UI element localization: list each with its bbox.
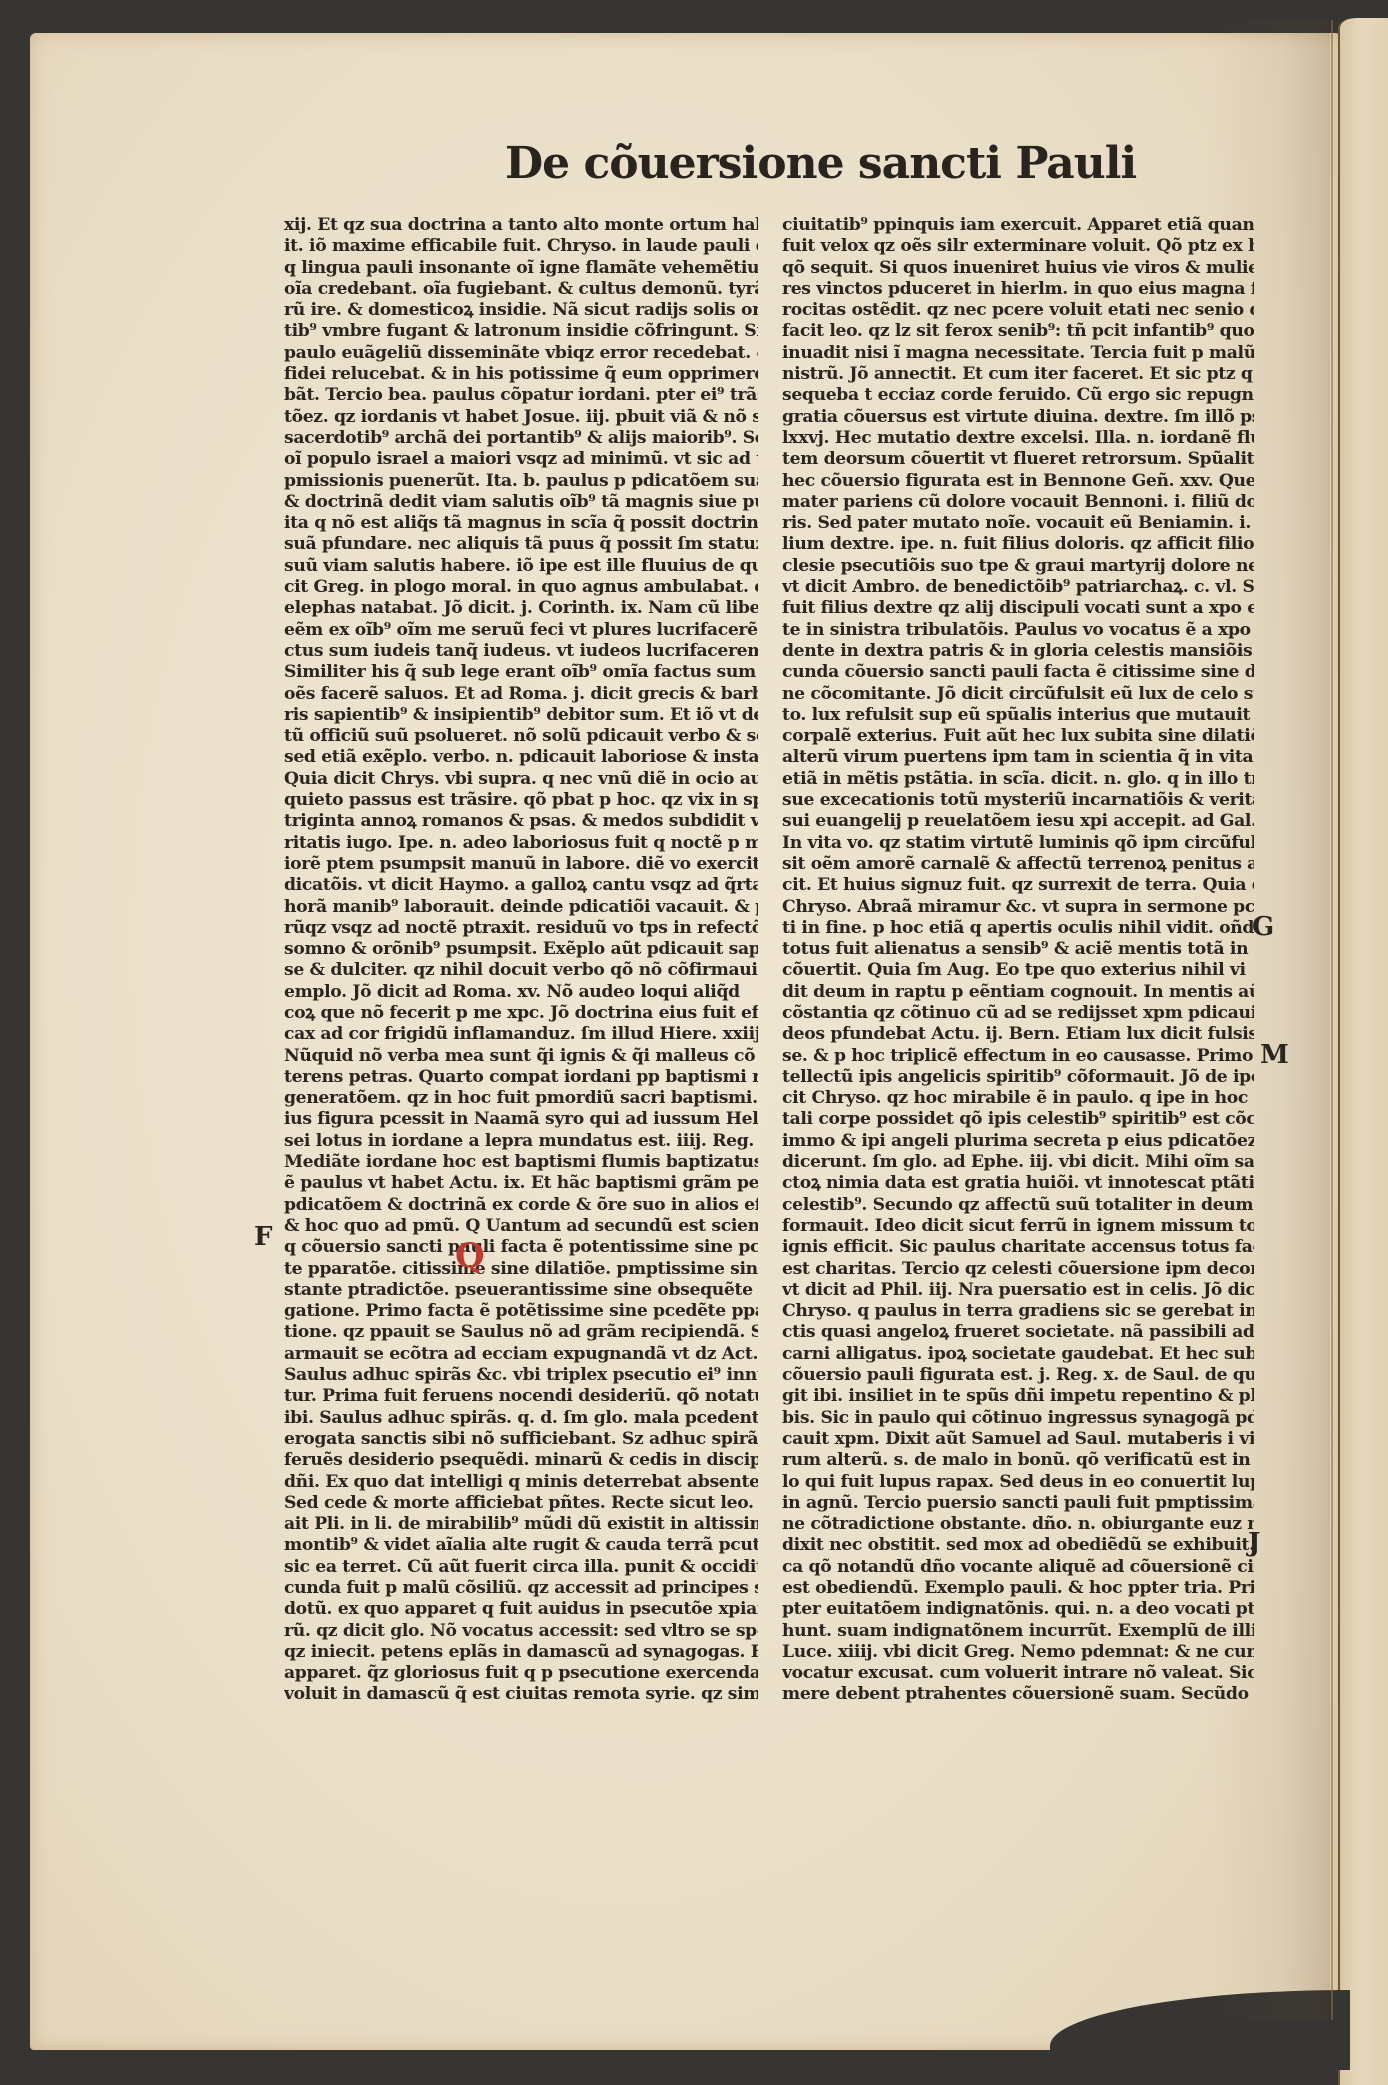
text-line: suã pfundare. nec aliquis tã puus q̃ pos… xyxy=(284,534,758,555)
text-line: In vita vo. qz statim virtutẽ luminis qõ… xyxy=(782,833,1254,854)
gutter-line xyxy=(1331,20,1333,2020)
text-line: pter euitatõem indignatõnis. qui. n. a d… xyxy=(782,1599,1254,1620)
text-line: ne cõtradictione obstante. dño. n. obiur… xyxy=(782,1514,1254,1535)
text-line: Quia dicit Chrys. vbi supra. q nec vnũ d… xyxy=(284,769,758,790)
text-line: tũ officiũ suũ psolueret. nõ solũ pdicau… xyxy=(284,726,758,747)
text-line: dicatõis. vt dicit Haymo. a galloꝝ cantu… xyxy=(284,875,758,896)
text-line: dixit nec obstitit. sed mox ad obediẽdũ … xyxy=(782,1535,1254,1556)
text-line: dotũ. ex quo apparet q fuit auidus in ps… xyxy=(284,1599,758,1620)
right-text-column: ciuitatib⁹ ppinquis iam exercuit. Appare… xyxy=(782,215,1254,1706)
text-line: ait Pli. in li. de mirabilib⁹ mũdi dũ ex… xyxy=(284,1514,758,1535)
text-line: ibi. Saulus adhuc spirãs. q. d. ſm glo. … xyxy=(284,1408,758,1429)
text-line: dñi. Ex quo dat intelligi q minis deterr… xyxy=(284,1472,758,1493)
text-line: sacerdotib⁹ archã dei portantib⁹ & alijs… xyxy=(284,428,758,449)
text-line: rũqz vsqz ad noctẽ ptraxit. residuũ vo t… xyxy=(284,918,758,939)
text-line: sic ea terret. Cũ aũt fuerit circa illa.… xyxy=(284,1557,758,1578)
text-line: lium dextre. ipe. n. fuit filius doloris… xyxy=(782,534,1254,555)
text-line: est obediendũ. Exemplo pauli. & hoc ppte… xyxy=(782,1578,1254,1599)
text-line: quieto passus est trãsire. qõ pbat p hoc… xyxy=(284,790,758,811)
text-line: se & dulciter. qz nihil docuit verbo qõ … xyxy=(284,960,758,981)
text-line: lo qui fuit lupus rapax. Sed deus in eo … xyxy=(782,1472,1254,1493)
text-line: hec cõuersio figurata est in Bennone Geñ… xyxy=(782,471,1254,492)
text-line: coꝝ que nõ fecerit p me xpc. Jõ doctrina… xyxy=(284,1003,758,1024)
text-line: qz iniecit. petens eplãs in damascũ ad s… xyxy=(284,1642,758,1663)
text-line: se. & p hoc triplicẽ effectum in eo caus… xyxy=(782,1046,1254,1067)
text-line: dente in dextra patris & in gloria celes… xyxy=(782,641,1254,662)
text-line: cit. Et huius signuz fuit. qz surrexit d… xyxy=(782,875,1254,896)
text-line: suũ viam salutis habere. iõ ipe est ille… xyxy=(284,556,758,577)
text-line: carni alligatus. ipoꝝ societate gaudebat… xyxy=(782,1344,1254,1365)
text-line: alterũ virum puertens ipm tam in scienti… xyxy=(782,747,1254,768)
text-line: cõstantia qz cõtinuo cũ ad se redijsset … xyxy=(782,1003,1254,1024)
text-line: te pparatõe. citissime sine dilatiõe. pm… xyxy=(284,1259,758,1280)
text-line: bãt. Tercio bea. paulus cõpatur iordani.… xyxy=(284,385,758,406)
text-line: ctis quasi angeloꝝ frueret societate. nã… xyxy=(782,1322,1254,1343)
text-line: armauit se ecõtra ad ecciam expugnandã v… xyxy=(284,1344,758,1365)
text-line: ca qõ notandũ dño vocante aliquẽ ad cõue… xyxy=(782,1557,1254,1578)
text-line: voluit in damascũ q̃ est ciuitas remota … xyxy=(284,1684,758,1705)
text-line: ius figura pcessit in Naamã syro qui ad … xyxy=(284,1109,758,1130)
text-line: ne cõcomitante. Jõ dicit circũfulsit eũ … xyxy=(782,684,1254,705)
text-line: Luce. xiiij. vbi dicit Greg. Nemo pdemna… xyxy=(782,1642,1254,1663)
text-line: elephas natabat. Jõ dicit. j. Corinth. i… xyxy=(284,598,758,619)
text-line: ti in fine. p hoc etiã q apertis oculis … xyxy=(782,918,1254,939)
text-line: dicerunt. ſm glo. ad Ephe. iij. vbi dici… xyxy=(782,1152,1254,1173)
text-line: ita q nõ est aliq̃s tã magnus in scĩa q̃… xyxy=(284,513,758,534)
text-line: sit oẽm amorẽ carnalẽ & affectũ terrenoꝝ… xyxy=(782,854,1254,875)
text-line: qõ sequit. Si quos inueniret huius vie v… xyxy=(782,258,1254,279)
text-line: facit leo. qz lz sit ferox senib⁹: tñ pc… xyxy=(782,321,1254,342)
text-line: oĩa credebant. oĩa fugiebant. & cultus d… xyxy=(284,279,758,300)
text-line: cauit xpm. Dixit aũt Samuel ad Saul. mut… xyxy=(782,1429,1254,1450)
text-line: erogata sanctis sibi nõ sufficiebant. Sz… xyxy=(284,1429,758,1450)
text-line: rocitas ostẽdit. qz nec pcere voluit eta… xyxy=(782,300,1254,321)
text-line: oĩ populo israel a maiori vsqz ad minimũ… xyxy=(284,449,758,470)
text-line: etiã in mẽtis pstãtia. in scĩa. dicit. n… xyxy=(782,769,1254,790)
text-line: te in sinistra tribulatõis. Paulus vo vo… xyxy=(782,620,1254,641)
text-line: pmissionis puenerũt. Ita. b. paulus p pd… xyxy=(284,471,758,492)
text-line: tione. qz ppauit se Saulus nõ ad grãm re… xyxy=(284,1322,758,1343)
text-line: gratia cõuersus est virtute diuina. dext… xyxy=(782,407,1254,428)
text-line: deos pfundebat Actu. ij. Bern. Etiam lux… xyxy=(782,1024,1254,1045)
text-line: cunda fuit p malũ cõsiliũ. qz accessit a… xyxy=(284,1578,758,1599)
text-line: celestib⁹. Secundo qz affectũ suũ totali… xyxy=(782,1195,1254,1216)
text-line: feruẽs desiderio psequẽdi. minarũ & cedi… xyxy=(284,1450,758,1471)
text-line: paulo euãgeliũ disseminãte vbiqz error r… xyxy=(284,343,758,364)
text-line: sue excecationis totũ mysteriũ incarnati… xyxy=(782,790,1254,811)
text-line: ctus sum iudeis tanq̃ iudeus. vt iudeos … xyxy=(284,641,758,662)
text-line: horã manib⁹ laborauit. deinde pdicatiõi … xyxy=(284,897,758,918)
text-line: sed etiã exẽplo. verbo. n. pdicauit labo… xyxy=(284,747,758,768)
text-line: Chryso. q paulus in terra gradiens sic s… xyxy=(782,1301,1254,1322)
text-line: corpalẽ exterius. Fuit aũt hec lux subit… xyxy=(782,726,1254,747)
text-line: fidei relucebat. & in his potissime q̃ e… xyxy=(284,364,758,385)
text-line: cit Greg. in plogo moral. in quo agnus a… xyxy=(284,577,758,598)
text-line: Saulus adhuc spirãs &c. vbi triplex psec… xyxy=(284,1365,758,1386)
text-line: ẽ paulus vt habet Actu. ix. Et hãc bapti… xyxy=(284,1173,758,1194)
decorated-initial: Q xyxy=(455,1236,491,1272)
text-line: sequeba t ecciaz corde feruido. Cũ ergo … xyxy=(782,385,1254,406)
text-line: rũ ire. & domesticoꝝ insidie. Nã sicut r… xyxy=(284,300,758,321)
text-line: cit Chryso. qz hoc mirabile ẽ in paulo. … xyxy=(782,1088,1254,1109)
facing-page-edge xyxy=(1338,18,1388,2085)
text-line: generatõem. qz in hoc fuit pmordiũ sacri… xyxy=(284,1088,758,1109)
text-line: formauit. Ideo dicit sicut ferrũ in igne… xyxy=(782,1216,1254,1237)
text-line: git ibi. insiliet in te spũs dñi impetu … xyxy=(782,1386,1254,1407)
text-line: dit deum in raptu p eẽntiam cognouit. In… xyxy=(782,982,1254,1003)
text-line: eẽm ex oĩb⁹ oĩm me seruũ feci vt plures … xyxy=(284,620,758,641)
text-line: ctoꝝ nimia data est gratia huiõi. vt inn… xyxy=(782,1173,1254,1194)
text-line: ignis efficit. Sic paulus charitate acce… xyxy=(782,1237,1254,1258)
text-line: tali corpe possidet qõ ipis celestib⁹ sp… xyxy=(782,1109,1254,1130)
right-margin-letter-m: M xyxy=(1260,1040,1289,1070)
text-line: tõez. qz iordanis vt habet Josue. iij. p… xyxy=(284,407,758,428)
text-line: nistrũ. Jõ annectit. Et cum iter faceret… xyxy=(782,364,1254,385)
text-line: Nũquid nõ verba mea sunt q̃i ignis & q̃i… xyxy=(284,1046,758,1067)
right-margin-letter-j: J xyxy=(1248,1528,1260,1558)
text-line: immo & ipi angeli plurima secreta p eius… xyxy=(782,1131,1254,1152)
text-line: fuit velox qz oẽs silr exterminare volui… xyxy=(782,236,1254,257)
text-line: totus fuit alienatus a sensib⁹ & aciẽ me… xyxy=(782,939,1254,960)
text-line: vocatur excusat. cum voluerit intrare nõ… xyxy=(782,1663,1254,1684)
running-title: De cõuersione sancti Pauli xyxy=(505,138,1035,198)
text-line: tib⁹ vmbre fugant & latronum insidie cõf… xyxy=(284,321,758,342)
text-line: Similiter his q̃ sub lege erant oĩb⁹ omĩ… xyxy=(284,662,758,683)
text-line: pdicatõem & doctrinã ex corde & õre suo … xyxy=(284,1195,758,1216)
text-line: Mediãte iordane hoc est baptismi flumis … xyxy=(284,1152,758,1173)
text-line: emplo. Jõ dicit ad Roma. xv. Nõ audeo lo… xyxy=(284,982,758,1003)
left-text-column: xij. Et qz sua doctrina a tanto alto mon… xyxy=(284,215,758,1706)
text-line: ciuitatib⁹ ppinquis iam exercuit. Appare… xyxy=(782,215,1254,236)
text-line: to. lux refulsit sup eũ spũalis interius… xyxy=(782,705,1254,726)
text-line: fuit filius dextre qz alij discipuli voc… xyxy=(782,598,1254,619)
text-line: terens petras. Quarto compat iordani pp … xyxy=(284,1067,758,1088)
text-line: cunda cõuersio sancti pauli facta ẽ citi… xyxy=(782,662,1254,683)
text-line: mater pariens cũ dolore vocauit Bennoni.… xyxy=(782,492,1254,513)
text-line: rum alterũ. s. de malo in bonũ. qõ verif… xyxy=(782,1450,1254,1471)
text-line: bis. Sic in paulo qui cõtinuo ingressus … xyxy=(782,1408,1254,1429)
left-margin-letter-f: F xyxy=(254,1222,272,1252)
text-line: tem deorsum cõuertit vt flueret retrorsu… xyxy=(782,449,1254,470)
text-line: ris. Sed pater mutato noĩe. vocauit eũ B… xyxy=(782,513,1254,534)
text-line: vt dicit Ambro. de benedictõib⁹ patriarc… xyxy=(782,577,1254,598)
text-line: rũ. qz dicit glo. Nõ vocatus accessit: s… xyxy=(284,1621,758,1642)
text-line: Chryso. Abraã miramur &c. vt supra in se… xyxy=(782,897,1254,918)
text-line: ris sapientib⁹ & insipientib⁹ debitor su… xyxy=(284,705,758,726)
text-line: tellectũ ipis angelicis spiritib⁹ cõform… xyxy=(782,1067,1254,1088)
text-line: hunt. suam indignatõnem incurrũt. Exempl… xyxy=(782,1621,1254,1642)
text-line: montib⁹ & videt aĩalia alte rugit & caud… xyxy=(284,1535,758,1556)
right-margin-letter-g: G xyxy=(1252,912,1274,942)
text-line: iorẽ ptem psumpsit manuũ in labore. diẽ … xyxy=(284,854,758,875)
text-line: inuadit nisi ĩ magna necessitate. Tercia… xyxy=(782,343,1254,364)
text-line: ritatis iugo. Ipe. n. adeo laboriosus fu… xyxy=(284,833,758,854)
text-line: est charitas. Tercio qz celesti cõuersio… xyxy=(782,1259,1254,1280)
text-line: & doctrinã dedit viam salutis oĩb⁹ tã ma… xyxy=(284,492,758,513)
text-line: xij. Et qz sua doctrina a tanto alto mon… xyxy=(284,215,758,236)
text-line: clesie psecutiõis suo tpe & graui martyr… xyxy=(782,556,1254,577)
text-line: apparet. q̃z gloriosus fuit q p psecutio… xyxy=(284,1663,758,1684)
text-line: tur. Prima fuit feruens nocendi desideri… xyxy=(284,1386,758,1407)
text-line: oẽs facerẽ saluos. Et ad Roma. j. dicit … xyxy=(284,684,758,705)
text-line: cõuertit. Quia ſm Aug. Eo tpe quo exteri… xyxy=(782,960,1254,981)
text-line: vt dicit ad Phil. iij. Nra puersatio est… xyxy=(782,1280,1254,1301)
text-line: & hoc quo ad pmũ. Q Uantum ad secundũ es… xyxy=(284,1216,758,1237)
text-line: in agnũ. Tercio puersio sancti pauli fui… xyxy=(782,1493,1254,1514)
text-line: triginta annoꝝ romanos & psas. & medos s… xyxy=(284,811,758,832)
text-line: cõuersio pauli figurata est. j. Reg. x. … xyxy=(782,1365,1254,1386)
text-line: res vinctos pduceret in hierlm. in quo e… xyxy=(782,279,1254,300)
text-line: Sed cede & morte afficiebat pñtes. Recte… xyxy=(284,1493,758,1514)
text-line: gatione. Primo facta ẽ potẽtissime sine … xyxy=(284,1301,758,1322)
text-line: lxxvj. Hec mutatio dextre excelsi. Illa.… xyxy=(782,428,1254,449)
text-line: somno & orõnib⁹ psumpsit. Exẽplo aũt pdi… xyxy=(284,939,758,960)
text-line: mere debent ptrahentes cõuersionẽ suam. … xyxy=(782,1684,1254,1705)
text-line: q lingua pauli insonante oĩ igne flamãte… xyxy=(284,258,758,279)
text-line: q cõuersio sancti pauli facta ẽ potentis… xyxy=(284,1237,758,1258)
text-line: sei lotus in iordane a lepra mundatus es… xyxy=(284,1131,758,1152)
text-line: stante ptradictõe. pseuerantissime sine … xyxy=(284,1280,758,1301)
text-line: sui euangelij p reuelatõem iesu xpi acce… xyxy=(782,811,1254,832)
text-line: cax ad cor frigidũ inflamanduz. ſm illud… xyxy=(284,1024,758,1045)
text-line: it. iõ maxime efficabile fuit. Chryso. i… xyxy=(284,236,758,257)
